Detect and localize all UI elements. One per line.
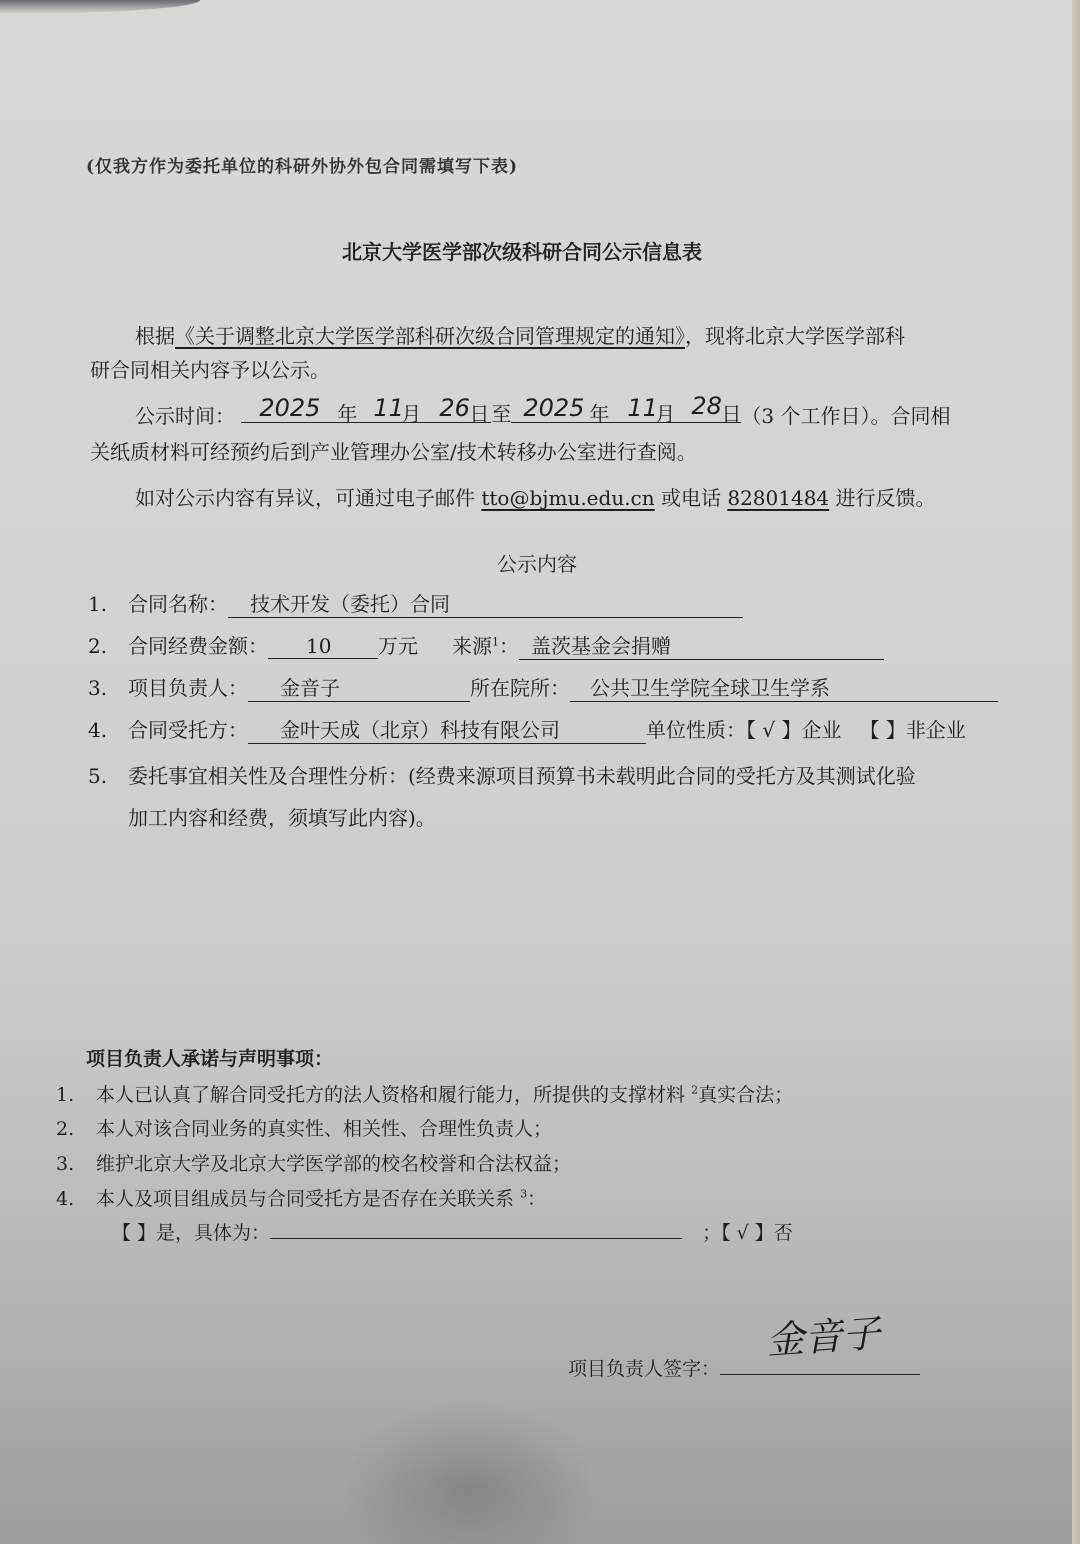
related-party-line: 【 】是，具体为：；【 √ 】否 — [112, 1218, 793, 1245]
enterprise-label: 企业 — [801, 718, 841, 742]
declaration-text: 本人及项目组成员与合同受托方是否存在关联关系 — [96, 1188, 514, 1210]
pi-field[interactable]: 金音子 — [248, 672, 470, 702]
day-unit: 日 — [469, 398, 489, 427]
footnote-marker: 1 — [492, 635, 499, 648]
notice-link[interactable]: 《关于调整北京大学医学部科研次级合同管理规定的通知》 — [175, 324, 685, 348]
declaration-tail: 真实合法； — [698, 1084, 793, 1106]
page-title: 北京大学医学部次级科研合同公示信息表 — [342, 236, 702, 265]
item-pi: 3.项目负责人：金音子所在院所：公共卫生学院全球卫生学系 — [88, 672, 998, 702]
end-day: 28 — [691, 392, 722, 420]
signature-field[interactable] — [720, 1374, 920, 1375]
footnote-marker: 3 — [520, 1188, 527, 1201]
amount-field[interactable]: 10 — [268, 634, 378, 659]
declaration-item: 1.本人已认真了解合同受托方的法人资格和履行能力，所提供的支撑材料 2真实合法； — [56, 1080, 793, 1107]
feedback-middle: 或电话 — [655, 486, 728, 510]
intro-prefix: 根据 — [135, 324, 175, 348]
item-analysis: 5.委托事宜相关性及合理性分析：(经费来源项目预算书未载明此合同的受托方及其测试… — [88, 760, 916, 789]
declaration-text: 本人对该合同业务的真实性、相关性、合理性负责人； — [96, 1118, 552, 1140]
contractor-value: 金叶天成（北京）科技有限公司 — [248, 718, 560, 742]
colon: ： — [499, 634, 519, 658]
field-label: 项目负责人： — [128, 676, 248, 700]
declaration-tail: ： — [527, 1188, 546, 1210]
item-number: 1. — [88, 592, 128, 616]
duration-note: （3 个工作日）。合同相 — [741, 404, 950, 428]
source-value: 盖茨基金会捐赠 — [519, 634, 671, 658]
item-number: 5. — [88, 764, 128, 788]
day-unit: 日 — [721, 398, 741, 427]
declaration-heading: 项目负责人承诺与声明事项： — [86, 1044, 333, 1071]
field-label: 合同受托方： — [128, 718, 248, 742]
contractor-field[interactable]: 金叶天成（北京）科技有限公司 — [248, 714, 646, 744]
photo-shadow — [0, 0, 200, 14]
contract-name-field[interactable]: 技术开发（委托）合同 — [228, 588, 743, 618]
dept-label: 所在院所： — [470, 676, 570, 700]
non-enterprise-checkbox[interactable]: 【 】 — [859, 718, 905, 742]
item-number: 2. — [56, 1118, 96, 1140]
end-year: 2025 — [523, 394, 584, 422]
start-day: 26 — [439, 394, 470, 422]
to-label: 至 — [491, 398, 511, 427]
month-unit: 月 — [401, 398, 421, 427]
amount-value: 10 — [268, 634, 331, 658]
amount-unit: 万元 — [378, 634, 418, 658]
year-unit: 年 — [337, 398, 357, 427]
intro-suffix: ，现将北京大学医学部科 — [685, 324, 905, 348]
period-label: 公示时间： — [135, 404, 235, 428]
header-note: (仅我方作为委托单位的科研外协外包合同需填写下表) — [86, 152, 518, 177]
start-month: 11 — [373, 394, 404, 422]
source-field[interactable]: 盖茨基金会捐赠 — [519, 630, 884, 660]
item-number: 4. — [56, 1188, 96, 1210]
declaration-item: 2.本人对该合同业务的真实性、相关性、合理性负责人； — [56, 1114, 552, 1141]
intro-line-1: 根据《关于调整北京大学医学部科研次级合同管理规定的通知》，现将北京大学医学部科 — [135, 320, 905, 349]
non-enterprise-label: 非企业 — [906, 718, 966, 742]
related-yes-label: 是，具体为： — [156, 1222, 270, 1244]
separator: ； — [702, 1222, 721, 1244]
enterprise-checkbox[interactable]: 【 √ 】 — [746, 718, 801, 742]
page-edge — [1072, 0, 1080, 1544]
item-contract-name: 1.合同名称：技术开发（委托）合同 — [88, 588, 743, 618]
intro-line-2: 研合同相关内容予以公示。 — [90, 354, 330, 383]
end-month: 11 — [627, 394, 658, 422]
item-number: 2. — [88, 634, 128, 658]
feedback-prefix: 如对公示内容有异议，可通过电子邮件 — [135, 486, 481, 510]
month-unit: 月 — [655, 398, 675, 427]
item-number: 4. — [88, 718, 128, 742]
item-contractor: 4.合同受托方：金叶天成（北京）科技有限公司单位性质：【 √ 】企业【 】非企业 — [88, 714, 966, 744]
item-number: 3. — [88, 676, 128, 700]
signature-label: 项目负责人签字： — [568, 1358, 720, 1380]
period-line-1: 公示时间： 2025 年 11 月 26 日 至 2025 年 11 月 28 … — [135, 400, 950, 429]
period-dates[interactable]: 2025 年 11 月 26 日 至 2025 年 11 月 28 日 — [241, 400, 741, 423]
declaration-item: 4.本人及项目组成员与合同受托方是否存在关联关系 3： — [56, 1184, 546, 1211]
pi-value: 金音子 — [248, 676, 340, 700]
dept-field[interactable]: 公共卫生学院全球卫生学系 — [570, 672, 998, 702]
feedback-email[interactable]: tto@bjmu.edu.cn — [481, 486, 654, 510]
related-no-label: 否 — [774, 1222, 793, 1244]
dept-value: 公共卫生学院全球卫生学系 — [570, 676, 830, 700]
related-yes-checkbox[interactable]: 【 】 — [112, 1222, 156, 1244]
field-label: 合同名称： — [128, 592, 228, 616]
start-year: 2025 — [259, 394, 320, 422]
signature-line: 项目负责人签字： — [568, 1354, 920, 1381]
year-unit: 年 — [589, 398, 609, 427]
declaration-text: 维护北京大学及北京大学医学部的校名校誉和合法权益； — [96, 1153, 571, 1175]
declaration-item: 3.维护北京大学及北京大学医学部的校名校誉和合法权益； — [56, 1149, 571, 1176]
feedback-line: 如对公示内容有异议，可通过电子邮件 tto@bjmu.edu.cn 或电话 82… — [135, 482, 936, 511]
contract-name-value: 技术开发（委托）合同 — [228, 592, 450, 616]
item-number: 1. — [56, 1084, 96, 1106]
analysis-line-1: 委托事宜相关性及合理性分析：(经费来源项目预算书未载明此合同的受托方及其测试化验 — [128, 764, 916, 788]
item-amount: 2.合同经费金额：10万元来源1：盖茨基金会捐赠 — [88, 630, 884, 660]
source-label: 来源 — [452, 634, 492, 658]
photo-shadow — [340, 1400, 600, 1544]
footnote-marker: 2 — [691, 1084, 698, 1097]
field-label: 合同经费金额： — [128, 634, 268, 658]
content-heading: 公示内容 — [497, 548, 577, 577]
period-line-2: 关纸质材料可经预约后到产业管理办公室/技术转移办公室进行查阅。 — [90, 436, 697, 465]
item-number: 3. — [56, 1153, 96, 1175]
declaration-text: 本人已认真了解合同受托方的法人资格和履行能力，所提供的支撑材料 — [96, 1084, 685, 1106]
related-detail-field[interactable] — [270, 1238, 682, 1239]
feedback-suffix: 进行反馈。 — [829, 486, 935, 510]
related-no-checkbox[interactable]: 【 √ 】 — [721, 1222, 774, 1244]
feedback-phone[interactable]: 82801484 — [727, 486, 829, 510]
nature-label: 单位性质： — [646, 718, 746, 742]
analysis-line-2: 加工内容和经费，须填写此内容)。 — [128, 802, 436, 831]
